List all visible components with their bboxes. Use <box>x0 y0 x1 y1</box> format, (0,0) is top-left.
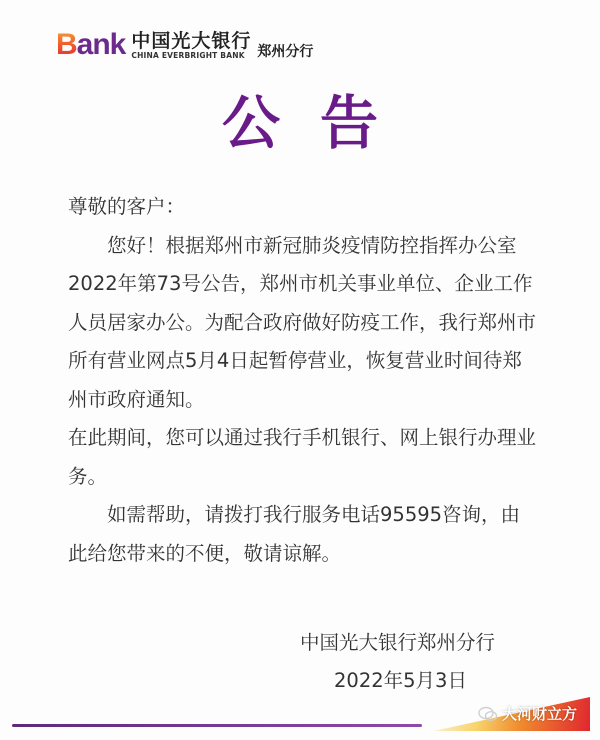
bottom-divider <box>12 724 422 727</box>
signature-block: 中国光大银行郑州分行 2022年5月3日 <box>300 624 495 700</box>
watermark-text: 大河财立方 <box>502 703 577 724</box>
logo-ank-letters: ank <box>77 30 126 60</box>
bank-name-cn: 中国光大银行 <box>131 31 251 51</box>
branch-name: 郑州分行 <box>257 45 313 60</box>
bank-name: 中国光大银行 CHINA EVERBRIGHT BANK <box>131 31 251 60</box>
watermark: 大河财立方 <box>478 703 577 724</box>
wechat-icon <box>478 706 498 722</box>
notice-title: 公告 <box>0 88 600 158</box>
notice-body: 尊敬的客户： 您好！根据郑州市新冠肺炎疫情防控指挥办公室2022年第73号公告，… <box>68 188 538 573</box>
paragraph-main: 您好！根据郑州市新冠肺炎疫情防控指挥办公室2022年第73号公告，郑州市机关事业… <box>68 227 538 420</box>
bank-header: Bank 中国光大银行 CHINA EVERBRIGHT BANK 郑州分行 <box>56 30 313 60</box>
paragraph-main-continued: 在此期间，您可以通过我行手机银行、网上银行办理业务。 <box>68 419 538 496</box>
bank-name-en: CHINA EVERBRIGHT BANK <box>131 51 251 60</box>
logo-b-letter: B <box>56 30 77 60</box>
paragraph-help: 如需帮助，请拨打我行服务电话95595咨询，由此给您带来的不便，敬请谅解。 <box>68 496 538 573</box>
salutation: 尊敬的客户： <box>68 188 538 227</box>
bank-logo: Bank <box>56 30 125 60</box>
signature-org: 中国光大银行郑州分行 <box>300 624 495 662</box>
signature-date: 2022年5月3日 <box>300 662 495 700</box>
